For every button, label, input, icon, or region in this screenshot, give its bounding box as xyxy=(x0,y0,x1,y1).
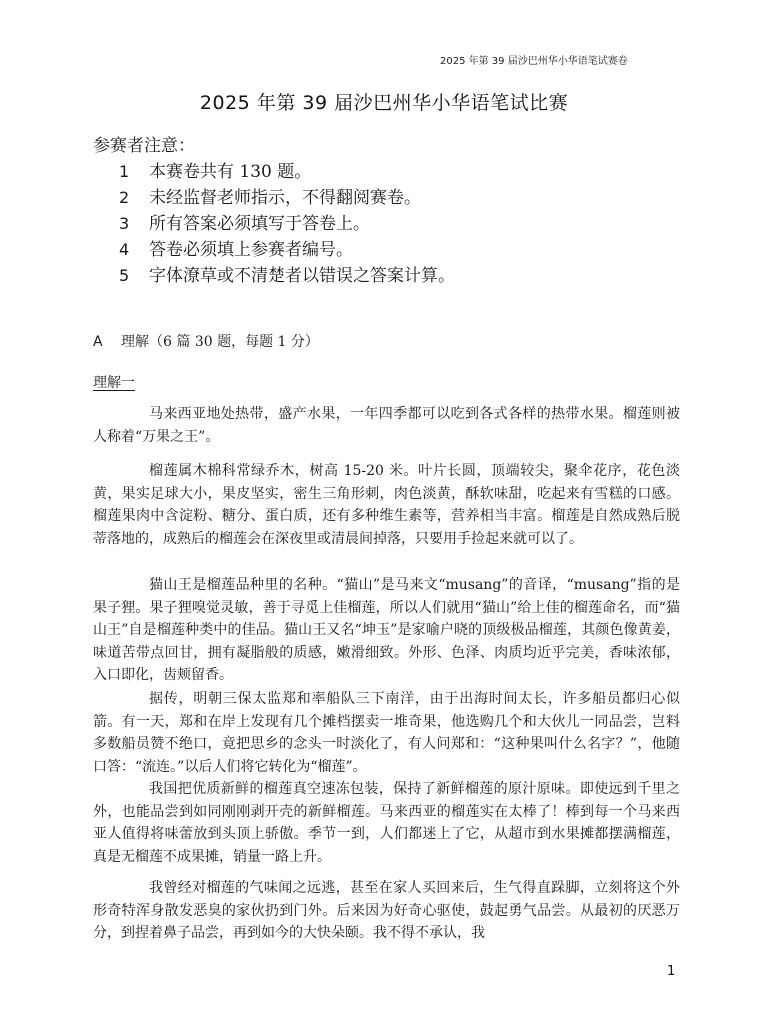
notice-item-text: 答卷必须填上参赛者编号。 xyxy=(149,237,353,263)
passage-title: 理解一 xyxy=(93,372,135,392)
notice-item-number: 3 xyxy=(119,211,149,237)
running-header: 2025 年第 39 届沙巴州华小华语笔试赛卷 xyxy=(440,52,720,67)
notice-item-text: 本赛卷共有 130 题。 xyxy=(149,159,311,185)
notice-list: 1 本赛卷共有 130 题。 2 未经监督老师指示，不得翻阅赛卷。 3 所有答案… xyxy=(93,159,653,289)
section-label: 理解（6 篇 30 题，每题 1 分） xyxy=(121,334,319,350)
notice-item-text: 字体潦草或不清楚者以错误之答案计算。 xyxy=(149,263,455,289)
notice-item: 3 所有答案必须填写于答卷上。 xyxy=(93,211,653,237)
passage-paragraph: 我国把优质新鲜的榴莲真空速冻包装，保持了新鲜榴莲的原汁原味。即使远到千里之外，也… xyxy=(93,778,680,868)
notice-heading: 参赛者注意： xyxy=(93,133,653,159)
section-letter: A xyxy=(93,334,103,350)
section-heading: A 理解（6 篇 30 题，每题 1 分） xyxy=(93,332,319,352)
passage-paragraph: 据传，明朝三保太监郑和率船队三下南洋，由于出海时间太长，许多船员都归心似箭。有一… xyxy=(93,688,680,778)
notice-item: 5 字体潦草或不清楚者以错误之答案计算。 xyxy=(93,263,653,289)
notice-item: 2 未经监督老师指示，不得翻阅赛卷。 xyxy=(93,185,653,211)
notice-item-number: 5 xyxy=(119,263,149,289)
passage-paragraph: 我曾经对榴莲的气味闻之远逃，甚至在家人买回来后，生气得直跺脚，立刻将这个外形奇特… xyxy=(93,877,680,945)
notice-item: 4 答卷必须填上参赛者编号。 xyxy=(93,237,653,263)
notice-item-text: 所有答案必须填写于答卷上。 xyxy=(149,211,370,237)
notice-item-text: 未经监督老师指示，不得翻阅赛卷。 xyxy=(149,185,421,211)
passage-paragraph: 猫山王是榴莲品种里的名种。“猫山”是马来文“musang”的音译，“musang… xyxy=(93,574,680,687)
passage-paragraph: 榴莲属木棉科常绿乔木，树高 15-20 米。叶片长圆，顶端较尖，聚伞花序，花色淡… xyxy=(93,460,680,550)
notice-block: 参赛者注意： 1 本赛卷共有 130 题。 2 未经监督老师指示，不得翻阅赛卷。… xyxy=(93,133,653,289)
document-title: 2025 年第 39 届沙巴州华小华语笔试比赛 xyxy=(0,88,768,115)
page-number: 1 xyxy=(667,964,675,979)
passage-paragraph: 马来西亚地处热带，盛产水果，一年四季都可以吃到各式各样的热带水果。榴莲则被人称着… xyxy=(93,403,680,448)
notice-item-number: 1 xyxy=(119,159,149,185)
notice-item: 1 本赛卷共有 130 题。 xyxy=(93,159,653,185)
notice-item-number: 2 xyxy=(119,185,149,211)
notice-item-number: 4 xyxy=(119,237,149,263)
